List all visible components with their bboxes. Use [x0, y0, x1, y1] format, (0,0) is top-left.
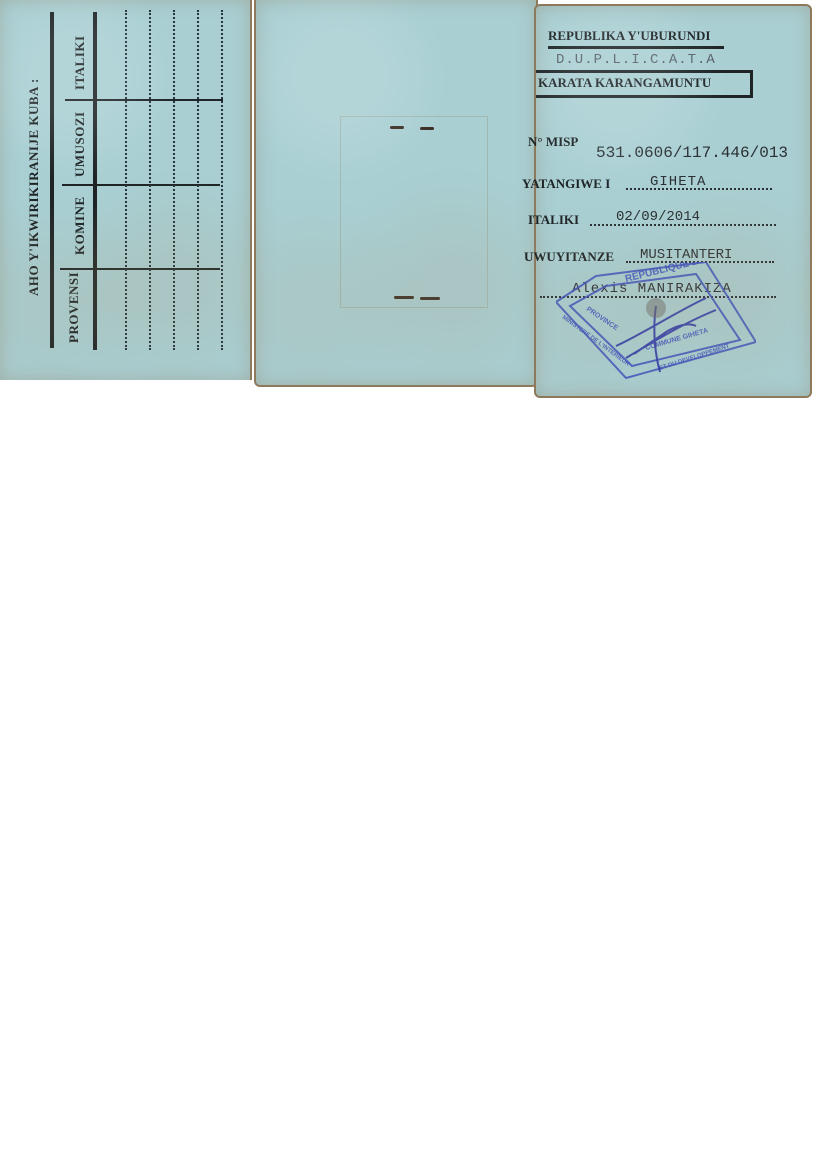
staple-slit [420, 297, 440, 300]
card-title-box: KARATA KARANGAMUNTU [536, 70, 753, 98]
duplicate-mark: D.U.P.L.I.C.A.T.A [556, 52, 716, 68]
issuer-title-value: MUSITANTERI [640, 247, 732, 263]
residence-heading: AHO Y'IKWIRIKIRANIJE KUBA : [26, 78, 42, 296]
blank-entry-line [149, 10, 151, 350]
blank-entry-line [173, 10, 175, 350]
issuer-name-value: Alexis MANIRAKIZA [572, 281, 732, 297]
column-header-provensi: PROVENSI [66, 272, 82, 343]
column-header-komine: KOMINE [72, 196, 88, 255]
blank-entry-line [197, 10, 199, 350]
blank-entry-line [221, 10, 223, 350]
row-divider [60, 268, 220, 270]
card-title: KARATA KARANGAMUNTU [538, 75, 711, 91]
country-underline [548, 46, 724, 49]
stamp-text: ET DU DEVELOPPEMENT [659, 343, 731, 371]
photo-placeholder [340, 116, 488, 308]
official-stamp: REPUBLIQUE DU BURUNDI PROVINCE COMMUNE G… [556, 262, 756, 382]
right-page-identity: REPUBLIKA Y'UBURUNDI D.U.P.L.I.C.A.T.A K… [534, 4, 812, 398]
middle-page-photo [254, 0, 538, 387]
coat-of-arms-icon [646, 298, 666, 318]
column-header-umusozi: UMUSOZI [72, 111, 88, 177]
blank-entry-line [125, 10, 127, 350]
stamp-text: MINISTERE DE L'INTERIEUR [561, 315, 631, 368]
stamp-text: PROVINCE [585, 306, 620, 332]
heading-divider [50, 12, 54, 348]
staple-slit [420, 127, 434, 130]
misp-label: N° MISP [528, 134, 578, 150]
issued-at-value: GIHETA [650, 174, 706, 190]
header-divider [93, 12, 97, 350]
issued-at-label: YATANGIWE I [522, 176, 610, 192]
date-value: 02/09/2014 [616, 209, 700, 225]
country-name: REPUBLIKA Y'UBURUNDI [548, 28, 710, 44]
left-page-residence-table: AHO Y'IKWIRIKIRANIJE KUBA : PROVENSI KOM… [0, 0, 252, 380]
signature [616, 298, 716, 372]
staple-slit [394, 296, 414, 299]
issuer-label: UWUYITANZE [524, 249, 614, 265]
misp-value: 531.0606/117.446/013 [596, 144, 788, 162]
staple-slit [390, 126, 404, 129]
row-divider [65, 99, 223, 101]
column-header-italiki: ITALIKI [72, 35, 88, 90]
date-label: ITALIKI [528, 212, 579, 228]
stamp-text: COMMUNE GIHETA [645, 327, 709, 352]
